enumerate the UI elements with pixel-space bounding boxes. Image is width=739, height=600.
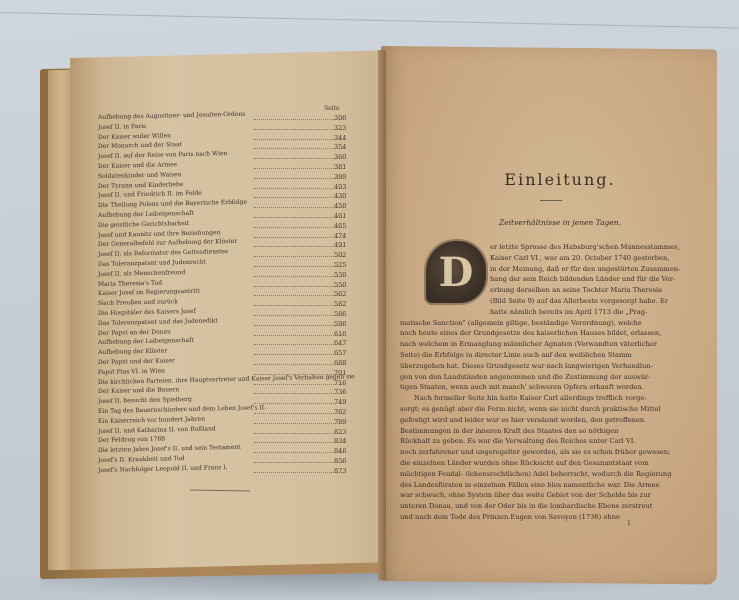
toc-entry-page: 616 [334, 330, 346, 338]
book-gutter [378, 50, 386, 580]
toc-leader-dots [254, 300, 344, 306]
toc-entry-title: Josef's II. Krankheit und Tod [98, 455, 185, 464]
toc-leader-dots [254, 232, 344, 238]
toc-entry-page: 525 [334, 261, 346, 269]
text-line: Nach formeller Seite hin hatte Kaiser Ca… [414, 393, 647, 403]
toc-entry-page: 450 [334, 202, 346, 210]
toc-entry-page: 502 [334, 251, 346, 259]
toc-entry-title: Papst Pius VI. in Wien [98, 367, 165, 376]
toc-entry-page: 716 [334, 379, 346, 387]
text-line: war schwach, ohne System über das weite … [400, 490, 651, 500]
toc-entry-page: 657 [334, 349, 346, 357]
chapter-heading: Einleitung. [480, 170, 640, 189]
toc-leader-dots [254, 114, 344, 120]
toc-leader-dots [254, 290, 344, 296]
text-line: noch heute eines der Grundgesetze des ka… [400, 328, 661, 338]
toc-entry-page: 647 [334, 339, 346, 347]
toc-entry-page: 688 [334, 359, 346, 367]
toc-entry-title: Der Tyrann und Kinderliebe [98, 181, 184, 190]
toc-entry-page: 403 [334, 183, 346, 191]
table-edge-line [0, 12, 739, 28]
toc-entry-page: 399 [334, 173, 346, 181]
toc-leader-dots [254, 330, 344, 336]
text-line: er letzte Sprosse des Habsburg'schen Man… [490, 242, 680, 252]
toc-entry-page: 846 [334, 447, 346, 455]
toc-entry-page: 762 [334, 408, 346, 416]
toc-entry: Josef's Nachfolger Leopold II. und Franz… [98, 467, 366, 477]
text-line: hatte nämlich bereits im April 1713 die … [490, 307, 647, 317]
text-line: die einzelnen Länder wurden ohne Rücksic… [400, 458, 648, 468]
toc-leader-dots [254, 261, 344, 267]
toc-entry-title: Josef II. als Menschenfreund [98, 269, 185, 278]
text-line: noch zerfahrener und ungeregelter geword… [400, 447, 670, 457]
toc-entry-title: Soldatenkinder und Waisen [98, 171, 182, 180]
text-line: hang der sein Reich bildenden Länder und… [490, 274, 675, 284]
toc-entry-page: 530 [334, 271, 346, 279]
toc-entry-title: Der Feldzug von 1788 [98, 436, 165, 445]
toc-leader-dots [254, 359, 344, 365]
text-line: des Landesfürsten in einzelnen Fällen ei… [400, 480, 660, 490]
toc-entry-page: 430 [334, 192, 346, 200]
toc-leader-dots [254, 124, 344, 130]
toc-entry-page: 873 [334, 467, 346, 475]
toc-entry-page: 491 [334, 241, 346, 249]
text-line: Kaiser Carl VI., war am 20. October 1740… [490, 253, 669, 263]
toc-leader-dots [254, 349, 344, 355]
toc-entry-title: Aufhebung der Leibeigenschaft [98, 210, 194, 219]
toc-entry-title: Das Toleranzpatent und Judenrecht [98, 259, 206, 268]
toc-leader-dots [254, 437, 344, 443]
toc-entry-title: Maria Theresia's Tod [98, 279, 162, 287]
toc-entry-title: Die Hospitäler des Kaisers Josef [98, 308, 196, 317]
toc-leader-dots [254, 153, 344, 159]
toc-entry-title: Josef II. auf der Reise von Paris nach W… [98, 150, 228, 160]
text-line: mächtigen Feudal- (lehensrechtlichen) Ad… [400, 469, 671, 479]
text-line: erbung derselben an seine Tochter Maria … [490, 285, 662, 295]
toc-leader-dots [254, 192, 344, 198]
toc-entry-title: Nach Preußen und zurück [98, 298, 178, 307]
toc-leader-dots [254, 183, 344, 189]
toc-entry-title: Der Generalbefehl zur Aufhebung der Klös… [98, 238, 237, 248]
toc-entry-page: 344 [334, 134, 346, 142]
toc-entry-page: 856 [334, 457, 346, 465]
toc-leader-dots [254, 320, 344, 326]
toc-leader-dots [254, 310, 344, 316]
toc-leader-dots [254, 173, 344, 179]
chapter-subheading: Zeitverhältnisse in jenen Tagen. [480, 218, 640, 227]
toc-entry-title: Josef II. in Paris [98, 123, 146, 131]
toc-entry-page: 381 [334, 163, 346, 171]
toc-entry-title: Aufhebung der Leibeigenschaft [98, 337, 194, 346]
text-line: Rückhalt zu geben. Es war die Verwaltung… [400, 436, 636, 446]
toc-leader-dots [254, 379, 344, 385]
ornamental-drop-cap: D [426, 241, 486, 303]
heading-ornament-rule [540, 200, 562, 201]
toc-leader-dots [254, 241, 344, 247]
toc-entry-title: Josef II. und Friedrich II. im Felde [98, 190, 202, 199]
toc-leader-dots [254, 428, 344, 434]
toc-column-header: Seite [324, 105, 340, 112]
toc-leader-dots [254, 143, 344, 149]
toc-leader-dots [254, 418, 344, 424]
toc-leader-dots [254, 212, 344, 218]
toc-entry-page: 461 [334, 212, 346, 220]
toc-leader-dots [254, 202, 344, 208]
toc-leader-dots [254, 222, 344, 228]
toc-entry-title: Der Papst an der Donau [98, 328, 171, 337]
page-number: 1 [627, 520, 631, 527]
toc-entry-page: 749 [334, 398, 346, 406]
toc-leader-dots [254, 388, 344, 394]
toc-entry-title: Der Kaiser und die Armee [98, 161, 177, 170]
toc-entry-title: Der Kaiser und die Bauern [98, 387, 179, 396]
toc-leader-dots [254, 447, 344, 453]
toc-entry-title: Der Monarch und der Staat [98, 141, 182, 150]
toc-entry-page: 582 [334, 300, 346, 308]
text-line: matische Sanction" (allgemein giltige, b… [400, 318, 642, 328]
toc-entry-page: 586 [334, 310, 346, 318]
text-line: tigen Staaten, wenn auch mit manch' schw… [400, 382, 644, 392]
text-line: und nach dem Tode des Prinzen Eugen von … [400, 512, 620, 522]
toc-leader-dots [254, 339, 344, 345]
toc-leader-dots [254, 281, 344, 287]
toc-entry-page: 789 [334, 418, 346, 426]
text-line: sorgt; es genügt aber die Form nicht, we… [400, 404, 661, 414]
text-line: überzugehen hat. Dieses Grundgesetz war … [400, 361, 653, 371]
text-line: (Bild Seite 9) auf das Allerbeste vorges… [490, 296, 668, 306]
toc-leader-dots [254, 134, 344, 140]
text-line: nach welchem in Ermanglung männlicher Ag… [400, 339, 657, 349]
toc-entry-page: 736 [334, 388, 346, 396]
text-line: Seite) die Erbfolge in directer Linie au… [400, 350, 632, 360]
text-line: gen von den Landständen angenommen und d… [400, 372, 651, 382]
toc-entry-title: Der Papst und der Kaiser [98, 357, 175, 366]
toc-entry-page: 323 [334, 124, 346, 132]
toc-entry-title: Die geistliche Gerichtsbarkeit [98, 220, 189, 229]
toc-entry-title: Aufhebung der Klöster [98, 348, 167, 357]
toc-entry-title: Josef II. als Reformator des Gottesdiens… [98, 248, 228, 258]
toc-leader-dots [254, 163, 344, 169]
toc-entry-title: Kaiser Josef im Regierungsantritt [98, 288, 200, 297]
toc-entry-page: 834 [334, 437, 346, 445]
toc-entry-title: Josef II. besucht den Spielberg [98, 396, 192, 405]
toc-entry-page: 562 [334, 290, 346, 298]
toc-entry-title: Der Kaiser wider Willen [98, 132, 171, 141]
text-line: gefestigt wird und leider war es hier ve… [400, 415, 644, 425]
toc-leader-dots [254, 398, 344, 404]
toc-leader-dots [254, 467, 344, 473]
toc-entry-page: 474 [334, 232, 346, 240]
toc-entry-page: 823 [334, 428, 346, 436]
toc-leader-dots [254, 408, 344, 414]
text-line: in der Meinung, daß er für den ungestört… [490, 264, 680, 274]
toc-entry-page: 360 [334, 153, 346, 161]
toc-entry-page: 550 [334, 281, 346, 289]
toc-leader-dots [254, 251, 344, 257]
toc-entry-page: 596 [334, 320, 346, 328]
toc-entry-page: 306 [334, 114, 346, 122]
toc-entry-title: Ein Kaiserreich vor hundert Jahren [98, 415, 205, 424]
text-line: Bestimmungen in der inneren Kraft des St… [400, 426, 619, 436]
toc-entry-page: 465 [334, 222, 346, 230]
text-line: unteren Donau, und von der Oder bis in d… [400, 501, 652, 511]
toc-leader-dots [254, 457, 344, 463]
toc-entry-page: 354 [334, 143, 346, 151]
toc-leader-dots [254, 271, 344, 277]
